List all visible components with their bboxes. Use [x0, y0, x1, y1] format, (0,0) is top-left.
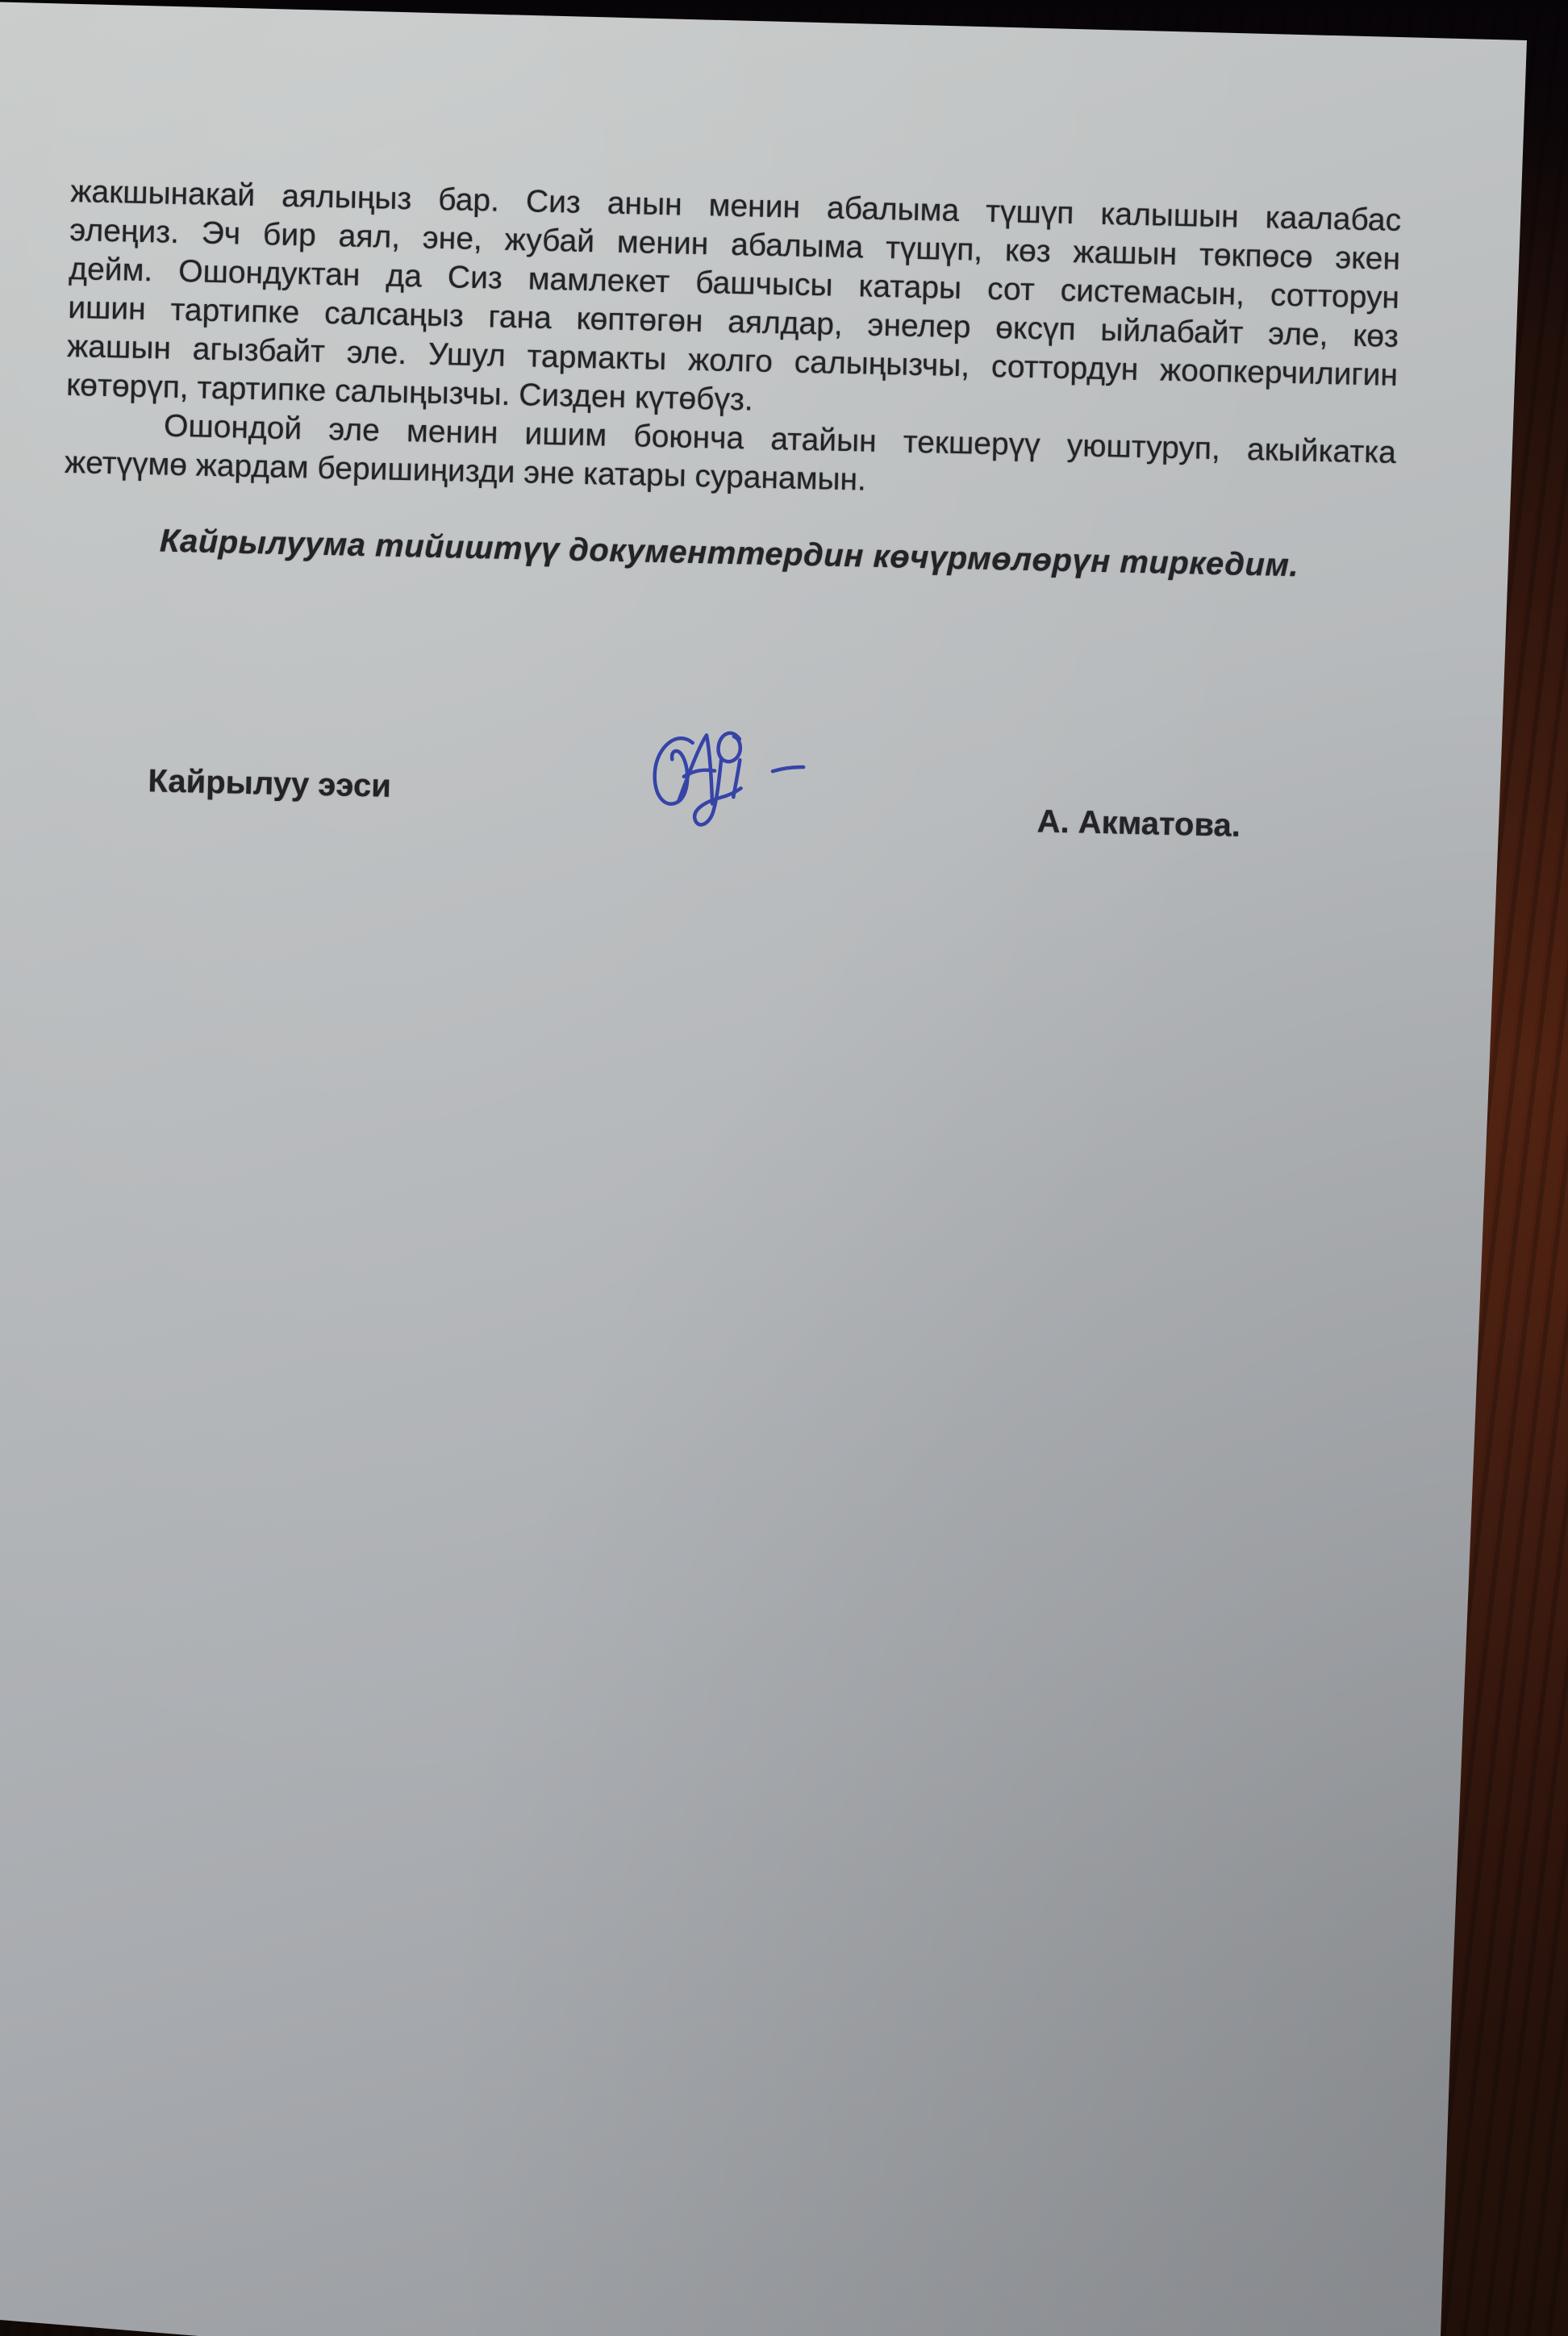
closing-name: А. Акматова.	[1036, 802, 1241, 845]
closing-row: Кайрылуу ээси	[55, 757, 1389, 939]
signature-ink	[642, 724, 814, 841]
closing-label: Кайрылуу ээси	[148, 761, 391, 806]
letter-body: жакшынакай аялыңыз бар. Сиз анын менин а…	[55, 173, 1402, 939]
paragraph-1: жакшынакай аялыңыз бар. Сиз анын менин а…	[66, 173, 1402, 434]
paper-sheet: жакшынакай аялыңыз бар. Сиз анын менин а…	[0, 0, 1568, 2336]
attachments-note: Кайрылуума тийиштүү документтердин көчүр…	[160, 522, 1395, 587]
signature-svg	[642, 724, 814, 841]
